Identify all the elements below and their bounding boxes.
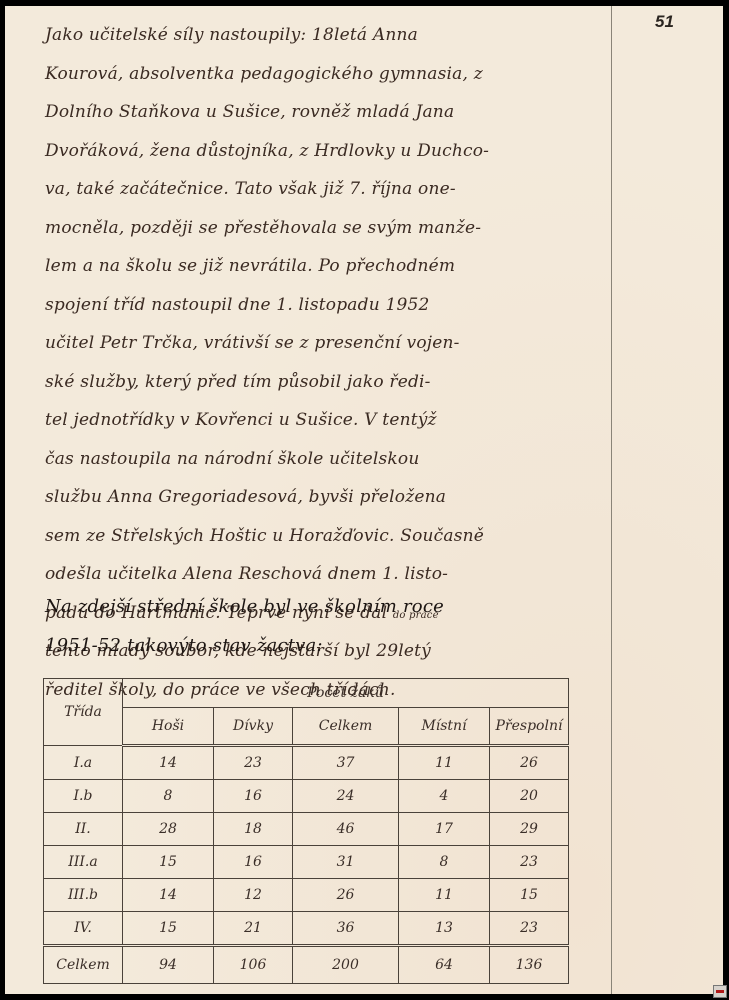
header-student-count: Počet žáků xyxy=(123,679,569,708)
cell-value: 8 xyxy=(399,846,490,879)
cell-class: II. xyxy=(44,813,123,846)
cell-class: III.a xyxy=(44,846,123,879)
cell-value: 23 xyxy=(490,912,569,946)
table-row: I.b 8 16 24 4 20 xyxy=(44,780,569,813)
cell-value: 94 xyxy=(123,946,214,984)
cell-value: 14 xyxy=(123,746,214,780)
cell-value: 15 xyxy=(123,912,214,946)
text-line: Dolního Staňkova u Sušice, rovněž mladá … xyxy=(45,93,605,132)
header-boys: Hoši xyxy=(123,708,214,746)
cell-value: 29 xyxy=(490,813,569,846)
text-line: službu Anna Gregoriadesová, byvši přelož… xyxy=(45,478,605,517)
student-count-table: Třída Počet žáků Hoši Dívky Celkem Místn… xyxy=(43,678,569,984)
header-total: Celkem xyxy=(293,708,399,746)
header-class: Třída xyxy=(44,679,123,746)
minimize-icon[interactable] xyxy=(713,985,727,998)
cell-class: I.a xyxy=(44,746,123,780)
cell-value: 36 xyxy=(293,912,399,946)
cell-value: 21 xyxy=(214,912,293,946)
cell-value: 17 xyxy=(399,813,490,846)
margin-rule xyxy=(611,6,612,994)
text-line: spojení tříd nastoupil dne 1. listopadu … xyxy=(45,286,605,325)
cell-class: Celkem xyxy=(44,946,123,984)
cell-value: 13 xyxy=(399,912,490,946)
text-line: va, také začátečnice. Tato však již 7. ř… xyxy=(45,170,605,209)
cell-value: 14 xyxy=(123,879,214,912)
table-row: II. 28 18 46 17 29 xyxy=(44,813,569,846)
cell-value: 26 xyxy=(293,879,399,912)
text-line: ské služby, který před tím působil jako … xyxy=(45,363,605,402)
cell-value: 12 xyxy=(214,879,293,912)
text-line: Dvořáková, žena důstojníka, z Hrdlovky u… xyxy=(45,132,605,171)
cell-value: 46 xyxy=(293,813,399,846)
text-line: tel jednotřídky v Kovřenci u Sušice. V t… xyxy=(45,401,605,440)
cell-value: 4 xyxy=(399,780,490,813)
cell-class: I.b xyxy=(44,780,123,813)
text-line: mocněla, později se přestěhovala se svým… xyxy=(45,209,605,248)
cell-value: 136 xyxy=(490,946,569,984)
text-line: Na zdejší střední škole byl ve školním r… xyxy=(45,588,605,627)
table-row: IV. 15 21 36 13 23 xyxy=(44,912,569,946)
cell-class: IV. xyxy=(44,912,123,946)
cell-value: 23 xyxy=(490,846,569,879)
paragraph-student-status: Na zdejší střední škole byl ve školním r… xyxy=(45,588,605,665)
cell-value: 8 xyxy=(123,780,214,813)
header-girls: Dívky xyxy=(214,708,293,746)
cell-value: 20 xyxy=(490,780,569,813)
table-total-row: Celkem 94 106 200 64 136 xyxy=(44,946,569,984)
cell-value: 15 xyxy=(490,879,569,912)
table-row: III.a 15 16 31 8 23 xyxy=(44,846,569,879)
cell-value: 106 xyxy=(214,946,293,984)
cell-value: 16 xyxy=(214,780,293,813)
cell-value: 200 xyxy=(293,946,399,984)
page-number: 51 xyxy=(655,12,674,32)
cell-value: 28 xyxy=(123,813,214,846)
cell-value: 24 xyxy=(293,780,399,813)
table-row: I.a 14 23 37 11 26 xyxy=(44,746,569,780)
cell-value: 11 xyxy=(399,746,490,780)
cell-value: 18 xyxy=(214,813,293,846)
cell-value: 26 xyxy=(490,746,569,780)
text-line: učitel Petr Trčka, vrátivší se z presenč… xyxy=(45,324,605,363)
text-line: Kourová, absolventka pedagogického gymna… xyxy=(45,55,605,94)
document-page: 51 Jako učitelské síly nastoupily: 18let… xyxy=(5,6,723,994)
text-line: Jako učitelské síly nastoupily: 18letá A… xyxy=(45,16,605,55)
header-commuting: Přespolní xyxy=(490,708,569,746)
cell-value: 15 xyxy=(123,846,214,879)
cell-value: 64 xyxy=(399,946,490,984)
text-line: 1951-52 takovýto stav žactva: xyxy=(45,627,605,666)
text-line: sem ze Střelských Hoštic u Horažďovic. S… xyxy=(45,517,605,556)
cell-value: 23 xyxy=(214,746,293,780)
text-line: lem a na školu se již nevrátila. Po přec… xyxy=(45,247,605,286)
text-line: čas nastoupila na národní škole učitelsk… xyxy=(45,440,605,479)
cell-class: III.b xyxy=(44,879,123,912)
cell-value: 31 xyxy=(293,846,399,879)
header-local: Místní xyxy=(399,708,490,746)
cell-value: 16 xyxy=(214,846,293,879)
cell-value: 37 xyxy=(293,746,399,780)
table-row: III.b 14 12 26 11 15 xyxy=(44,879,569,912)
cell-value: 11 xyxy=(399,879,490,912)
